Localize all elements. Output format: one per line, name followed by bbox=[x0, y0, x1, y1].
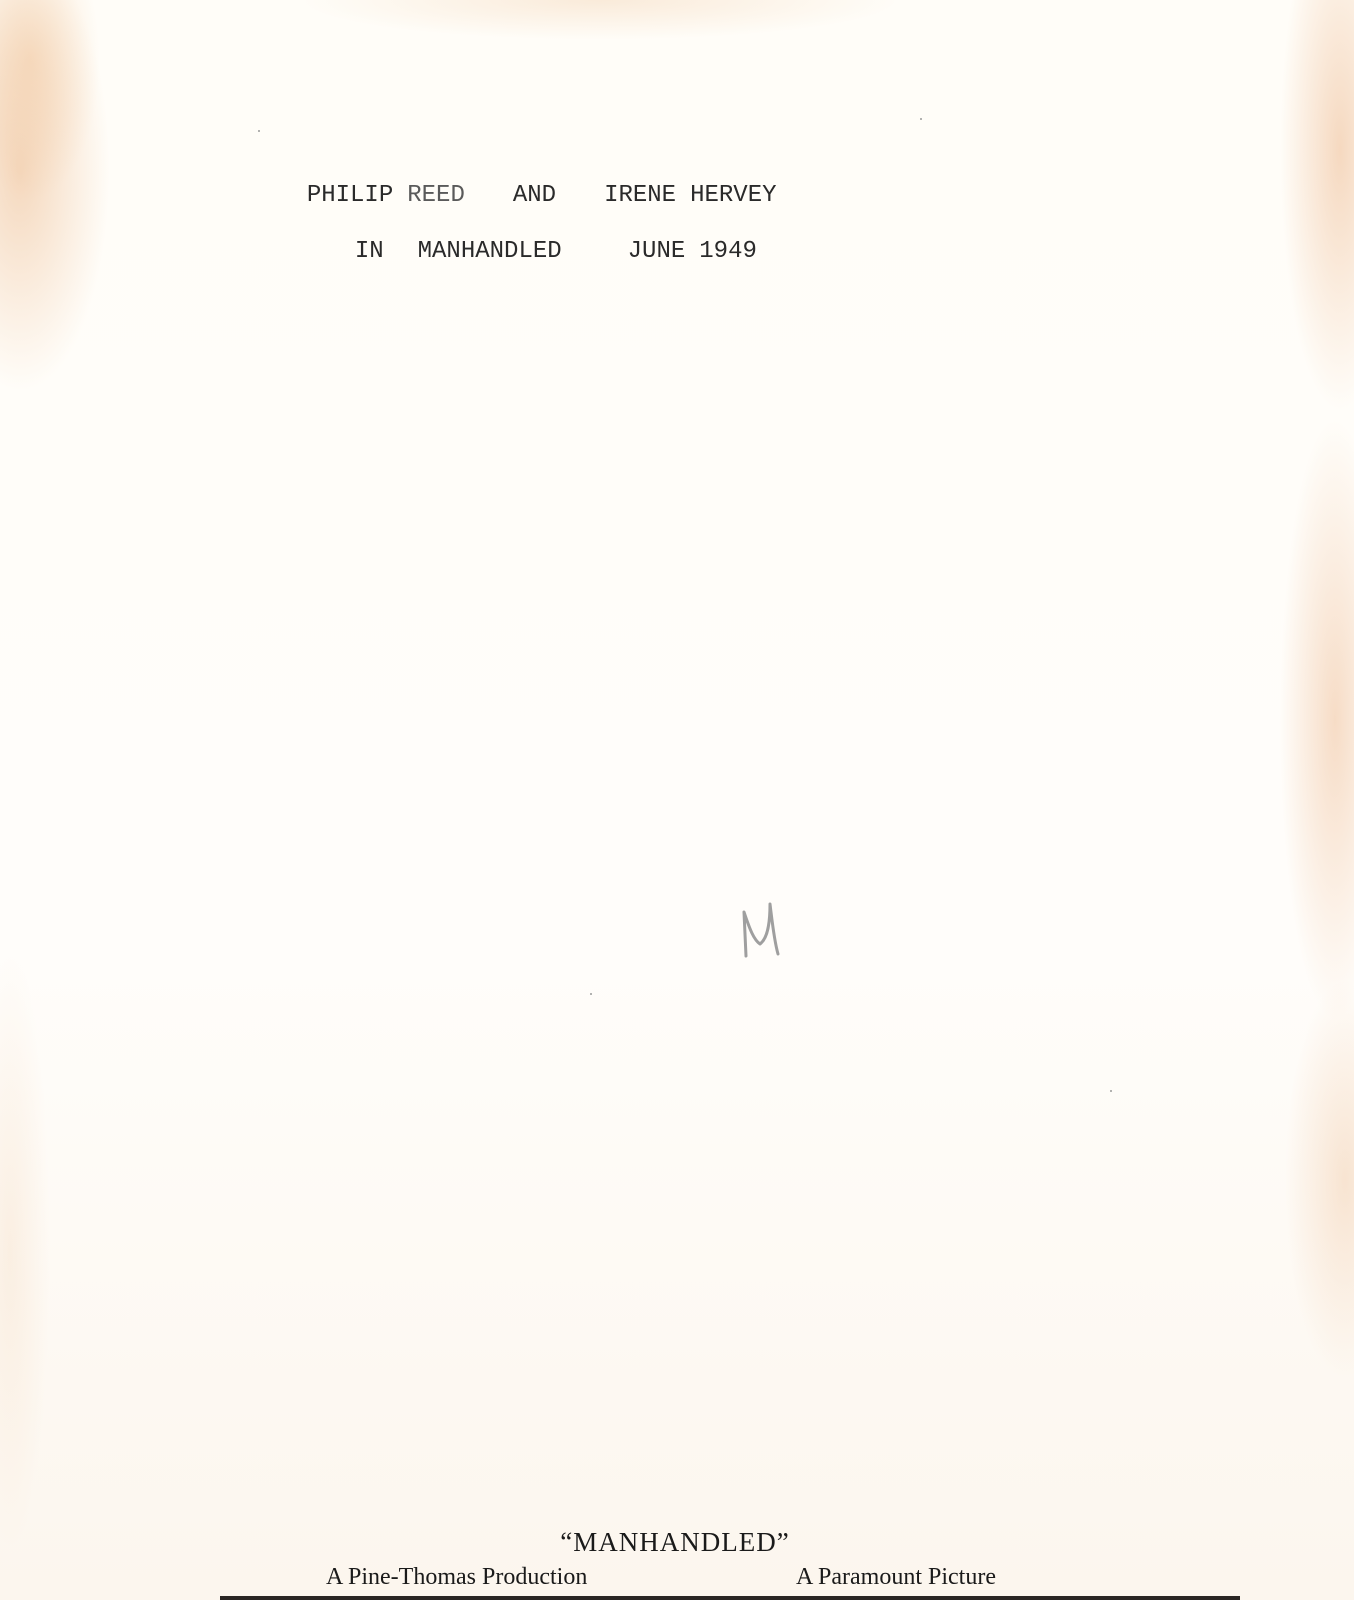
paper-speck bbox=[1110, 1090, 1112, 1092]
actor1-first-name: PHILIP bbox=[307, 182, 393, 209]
paper-speck bbox=[258, 130, 260, 132]
paper-speck bbox=[590, 993, 592, 995]
month: JUNE bbox=[628, 238, 686, 265]
typed-caption-line-1: PHILIPREEDANDIRENEHERVEY bbox=[278, 155, 777, 209]
actor2-first-name: IRENE bbox=[604, 182, 676, 209]
film-name: MANHANDLED bbox=[418, 238, 562, 265]
conjunction: AND bbox=[513, 182, 556, 209]
production-credit: A Pine-Thomas Production bbox=[326, 1564, 587, 1591]
actor1-last-name: REED bbox=[407, 182, 465, 209]
paper-speck bbox=[920, 118, 922, 120]
photo-bottom-edge bbox=[220, 1596, 1240, 1600]
preposition: IN bbox=[355, 238, 384, 265]
film-title-text: “MANHANDLED” bbox=[560, 1527, 789, 1557]
typed-caption-line-2: INMANHANDLEDJUNE1949 bbox=[326, 211, 757, 265]
year: 1949 bbox=[699, 238, 757, 265]
distributor-credit: A Paramount Picture bbox=[796, 1564, 996, 1591]
actor2-last-name: HERVEY bbox=[690, 182, 776, 209]
printed-film-title: “MANHANDLED” bbox=[0, 1527, 1354, 1558]
pencil-mark-m bbox=[740, 900, 784, 960]
